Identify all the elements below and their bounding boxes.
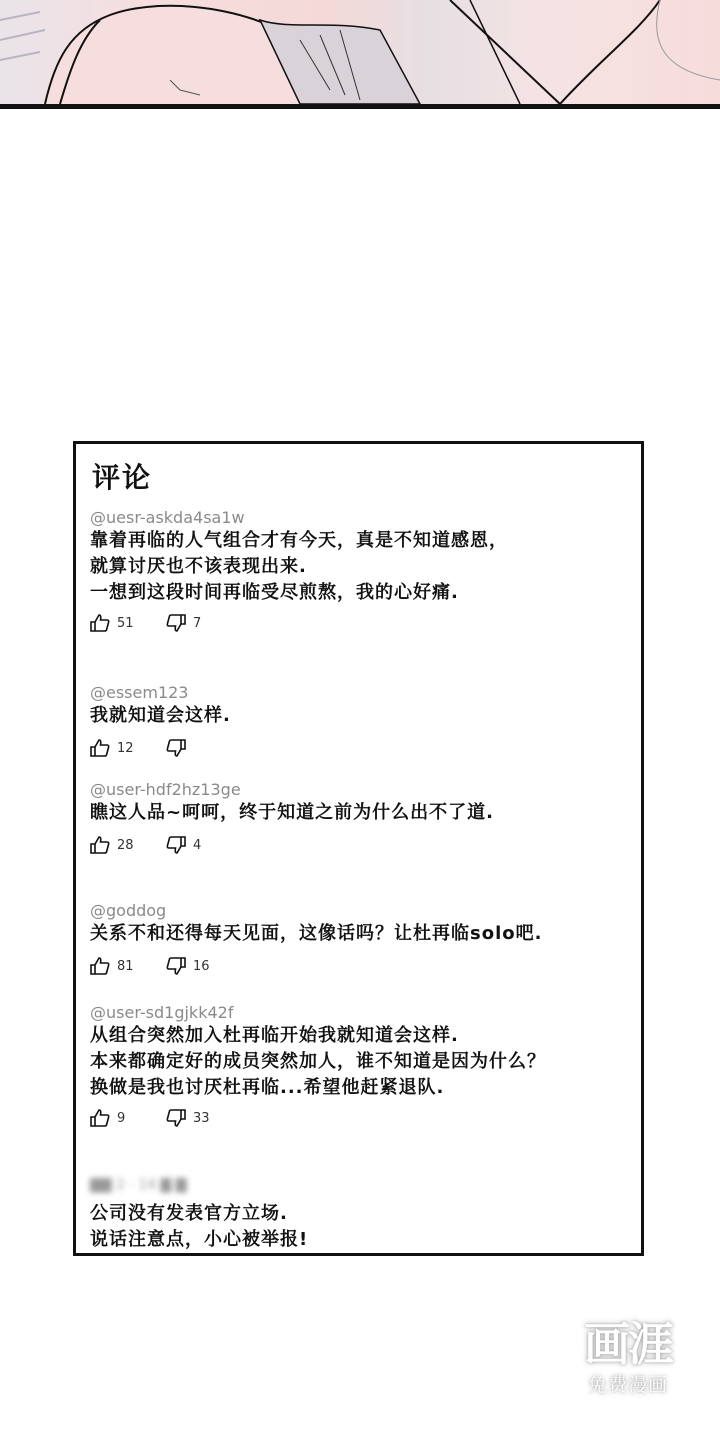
dislike-button[interactable]: 16 (166, 957, 242, 975)
comment-text: 一想到这段时间再临受尽煎熬，我的心好痛. (90, 580, 631, 606)
thumbs-up-icon (90, 739, 110, 757)
comment-actions: 12 (90, 737, 631, 759)
comment-username[interactable]: @user-hdf2hz13ge (90, 780, 631, 800)
like-button[interactable]: 81 (90, 957, 166, 975)
like-count: 81 (117, 959, 134, 974)
comment-text: 本来都确定好的成员突然加人，谁不知道是因为什么？ (90, 1049, 631, 1075)
dislike-button[interactable]: 33 (166, 1109, 242, 1127)
comment-username[interactable]: @uesr-askda4sa1w (90, 508, 631, 528)
comment-text: 换做是我也讨厌杜再临...希望他赶紧退队. (90, 1075, 631, 1101)
comment-item: @essem123 我就知道会这样. 12 (90, 683, 631, 759)
panel-border-line (0, 104, 720, 109)
comment-username[interactable]: @user-sd1gjkk42f (90, 1003, 631, 1023)
comment-text: 关系不和还得每天见面，这像话吗？让杜再临solo吧. (90, 921, 631, 947)
like-count: 9 (117, 1111, 125, 1126)
watermark: 画涯 免费漫画 (566, 1316, 690, 1416)
comment-actions: 28 4 (90, 834, 631, 856)
comment-text: 公司没有发表官方立场. (90, 1201, 631, 1227)
blurred-username: ▇▇ 2 · 14 ▇ ▇ (90, 1175, 631, 1195)
comments-title: 评论 (92, 456, 152, 496)
thumbs-down-icon (166, 1109, 186, 1127)
thumbs-down-icon (166, 836, 186, 854)
thumbs-up-icon (90, 836, 110, 854)
thumbs-down-icon (166, 739, 186, 757)
comment-actions: 81 16 (90, 955, 631, 977)
dislike-button[interactable]: 7 (166, 614, 242, 632)
dislike-count: 33 (193, 1111, 210, 1126)
comment-actions: 51 7 (90, 612, 631, 634)
comment-item: @uesr-askda4sa1w 靠着再临的人气组合才有今天，真是不知道感恩， … (90, 508, 631, 634)
comments-card: 评论 @uesr-askda4sa1w 靠着再临的人气组合才有今天，真是不知道感… (73, 441, 644, 1256)
like-button[interactable]: 12 (90, 739, 166, 757)
comment-username[interactable]: @goddog (90, 901, 631, 921)
like-count: 51 (117, 616, 134, 631)
comment-item: @goddog 关系不和还得每天见面，这像话吗？让杜再临solo吧. 81 16 (90, 901, 631, 977)
watermark-logo: 画涯 (566, 1316, 690, 1372)
comment-username[interactable]: @essem123 (90, 683, 631, 703)
comic-panel-artwork (0, 0, 720, 104)
comment-text: 说话注意点，小心被举报! (90, 1227, 631, 1253)
like-button[interactable]: 9 (90, 1109, 166, 1127)
thumbs-up-icon (90, 957, 110, 975)
like-count: 12 (117, 741, 134, 756)
comment-item-official: ▇▇ 2 · 14 ▇ ▇ 公司没有发表官方立场. 说话注意点，小心被举报! (90, 1175, 631, 1253)
like-button[interactable]: 28 (90, 836, 166, 854)
dislike-count: 16 (193, 959, 210, 974)
comment-item: @user-hdf2hz13ge 瞧这人品~呵呵，终于知道之前为什么出不了道. … (90, 780, 631, 856)
thumbs-down-icon (166, 614, 186, 632)
dislike-count: 4 (193, 838, 201, 853)
dislike-button[interactable] (166, 739, 242, 757)
comment-item: @user-sd1gjkk42f 从组合突然加入杜再临开始我就知道会这样. 本来… (90, 1003, 631, 1129)
watermark-subtitle: 免费漫画 (566, 1372, 690, 1398)
thumbs-up-icon (90, 1109, 110, 1127)
comment-text: 就算讨厌也不该表现出来. (90, 554, 631, 580)
thumbs-down-icon (166, 957, 186, 975)
dislike-button[interactable]: 4 (166, 836, 242, 854)
like-button[interactable]: 51 (90, 614, 166, 632)
like-count: 28 (117, 838, 134, 853)
comment-text: 瞧这人品~呵呵，终于知道之前为什么出不了道. (90, 800, 631, 826)
comment-text: 我就知道会这样. (90, 703, 631, 729)
comment-text: 靠着再临的人气组合才有今天，真是不知道感恩， (90, 528, 631, 554)
manga-illustration (0, 0, 720, 104)
comment-actions: 9 33 (90, 1107, 631, 1129)
dislike-count: 7 (193, 616, 201, 631)
thumbs-up-icon (90, 614, 110, 632)
comment-text: 从组合突然加入杜再临开始我就知道会这样. (90, 1023, 631, 1049)
